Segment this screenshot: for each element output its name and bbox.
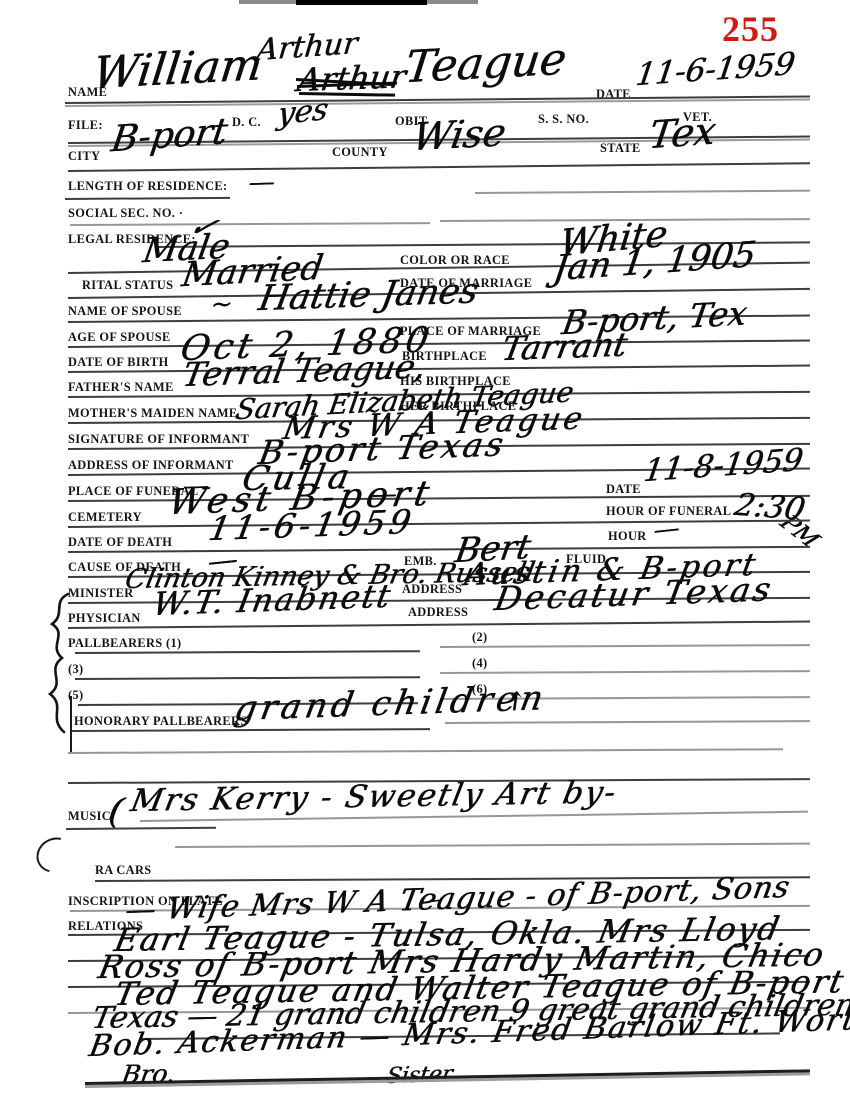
rule-line [66,827,216,830]
spouse-tilde-mark: ~ [209,291,234,318]
name-last-value: Teague [403,38,569,91]
rule-line [440,644,810,648]
name-inserted-value: Arthur [255,29,359,66]
music-value: Mrs Kerry - Sweetly Art by- [128,778,620,818]
rule-line [440,670,810,674]
state-label: STATE [600,140,641,156]
dc-value: yes [276,95,330,131]
rule-line [65,197,230,200]
rule-line [175,843,810,848]
music-label: MUSIC [68,808,111,824]
name-of-spouse-label: NAME OF SPOUSE [68,303,182,319]
pallbearers-4-label: (4) [472,655,488,671]
scan-circle-artifact [30,831,80,879]
scan-bar-artifact [239,0,296,4]
rule-line [70,222,430,226]
date-of-death-label: DATE OF DEATH [68,534,172,550]
funeral-date-value: 11-8-1959 [642,445,805,487]
signature-of-informant-label: SIGNATURE OF INFORMANT [68,431,249,447]
honorary-pallbearers-value: grand children [232,681,549,726]
name-first-value: William [91,43,265,96]
city-label: CITY [68,148,100,164]
rule-line [68,748,783,754]
hour-label: HOUR [608,528,647,544]
state-value: Tex [647,111,719,154]
honorary-pallbearers-label: HONORARY PALLBEARERS [74,713,248,729]
fathers-name-label: FATHER'S NAME [68,379,174,395]
hour-value: — [652,515,681,544]
rule-line [475,190,810,194]
county-value: Wise [410,113,508,156]
rule-line [75,650,420,654]
length-of-residence-value: — [247,169,276,196]
age-of-spouse-label: AGE OF SPOUSE [68,329,171,345]
file-label: FILE: [68,117,103,133]
pallbearers-2-label: (2) [472,629,488,645]
funeral-date-label: DATE [606,481,641,497]
scan-bar-artifact [296,0,427,5]
physician-label: PHYSICIAN [68,610,141,626]
date-label: DATE [596,86,631,102]
scan-mark [70,696,72,754]
cemetery-label: CEMETERY [68,509,142,525]
page-number: 255 [722,8,779,50]
social-sec-no-label: SOCIAL SEC. NO. · [68,205,183,221]
date-of-birth-label: DATE OF BIRTH [68,354,169,370]
birthplace-value: Tarrant [499,328,630,366]
rule-line [75,676,420,680]
physician-value: W.T. Inabnett [150,580,394,621]
rule-line [65,95,810,104]
county-label: COUNTY [332,144,388,160]
date-value: 11-6-1959 [634,49,797,91]
city-value: B-port [109,114,230,159]
pallbearers-1-label: PALLBEARERS (1) [68,635,182,651]
dc-label: D. C. [232,114,261,130]
rule-line [445,720,810,724]
date-of-death-value: 11-6-1959 [206,505,417,545]
physician-address-value: Decatur Texas [492,572,776,615]
arrow-mark: ↑ [502,688,527,717]
marital-status-label: RITAL STATUS [82,277,173,293]
name-of-spouse-value: Hattie Janes [256,274,481,317]
curly-brace-mark [38,592,78,734]
rule-line [68,162,810,172]
extra-cars-label: RA CARS [95,862,152,878]
scan-bar-artifact [427,0,478,4]
mothers-maiden-name-label: MOTHER'S MAIDEN NAME [68,405,238,421]
brace-mark: ( [106,793,126,831]
physician-address-label: ADDRESS [408,604,468,620]
ssno-label: S. S. NO. [538,111,589,127]
minister-address-label: ADDRESS [402,581,462,597]
rule-line [68,340,810,348]
scanned-funeral-record-form: 255 NAME William Arthur Arthur Teague DA… [0,0,850,1100]
length-of-residence-label: LENGTH OF RESIDENCE: [68,178,227,194]
